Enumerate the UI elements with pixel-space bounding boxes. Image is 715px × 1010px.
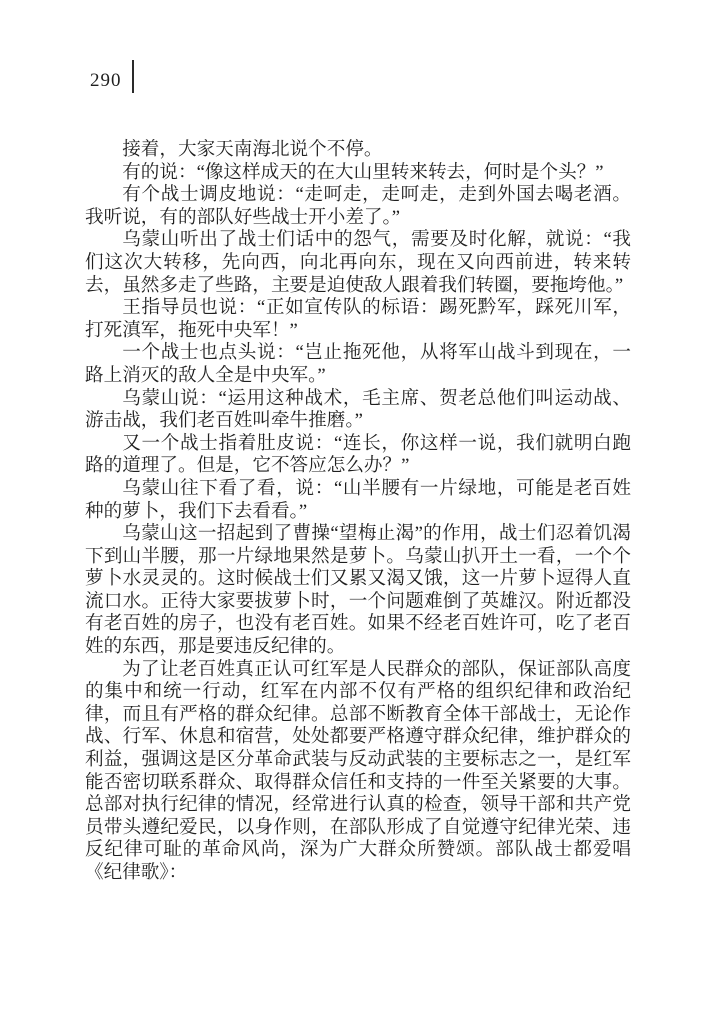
paragraph: 又一个战士指着肚皮说：“连长，你这样一说，我们就明白跑路的道理了。但是，它不答应…	[85, 433, 631, 478]
page-number: 290	[90, 71, 122, 93]
page-header: 290	[90, 60, 134, 93]
paragraph: 有的说：“像这样成天的在大山里转来转去，何时是个头？”	[85, 162, 631, 185]
paragraph: 乌蒙山听出了战士们话中的怨气，需要及时化解，就说：“我们这次大转移，先向西，向北…	[85, 229, 631, 297]
paragraph: 王指导员也说：“正如宣传队的标语：踢死黔军，踩死川军，打死滇军，拖死中央军！”	[85, 297, 631, 342]
paragraph: 乌蒙山这一招起到了曹操“望梅止渴”的作用，战士们忍着饥渴下到山半腰，那一片绿地果…	[85, 523, 631, 659]
book-page: 290 接着，大家天南海北说个不停。 有的说：“像这样成天的在大山里转来转去，何…	[0, 0, 715, 1010]
page-number-divider	[132, 60, 134, 93]
text-body: 接着，大家天南海北说个不停。 有的说：“像这样成天的在大山里转来转去，何时是个头…	[85, 139, 631, 885]
paragraph: 乌蒙山往下看了看，说：“山半腰有一片绿地，可能是老百姓种的萝卜，我们下去看看。”	[85, 478, 631, 523]
paragraph: 接着，大家天南海北说个不停。	[85, 139, 631, 162]
paragraph: 有个战士调皮地说：“走呵走，走呵走，走到外国去喝老酒。我听说，有的部队好些战士开…	[85, 184, 631, 229]
paragraph: 一个战士也点头说：“岂止拖死他，从将军山战斗到现在，一路上消灭的敌人全是中央军。…	[85, 342, 631, 387]
paragraph: 乌蒙山说：“运用这种战术，毛主席、贺老总他们叫运动战、游击战，我们老百姓叫牵牛推…	[85, 388, 631, 433]
paragraph: 为了让老百姓真正认可红军是人民群众的部队，保证部队高度的集中和统一行动，红军在内…	[85, 659, 631, 885]
